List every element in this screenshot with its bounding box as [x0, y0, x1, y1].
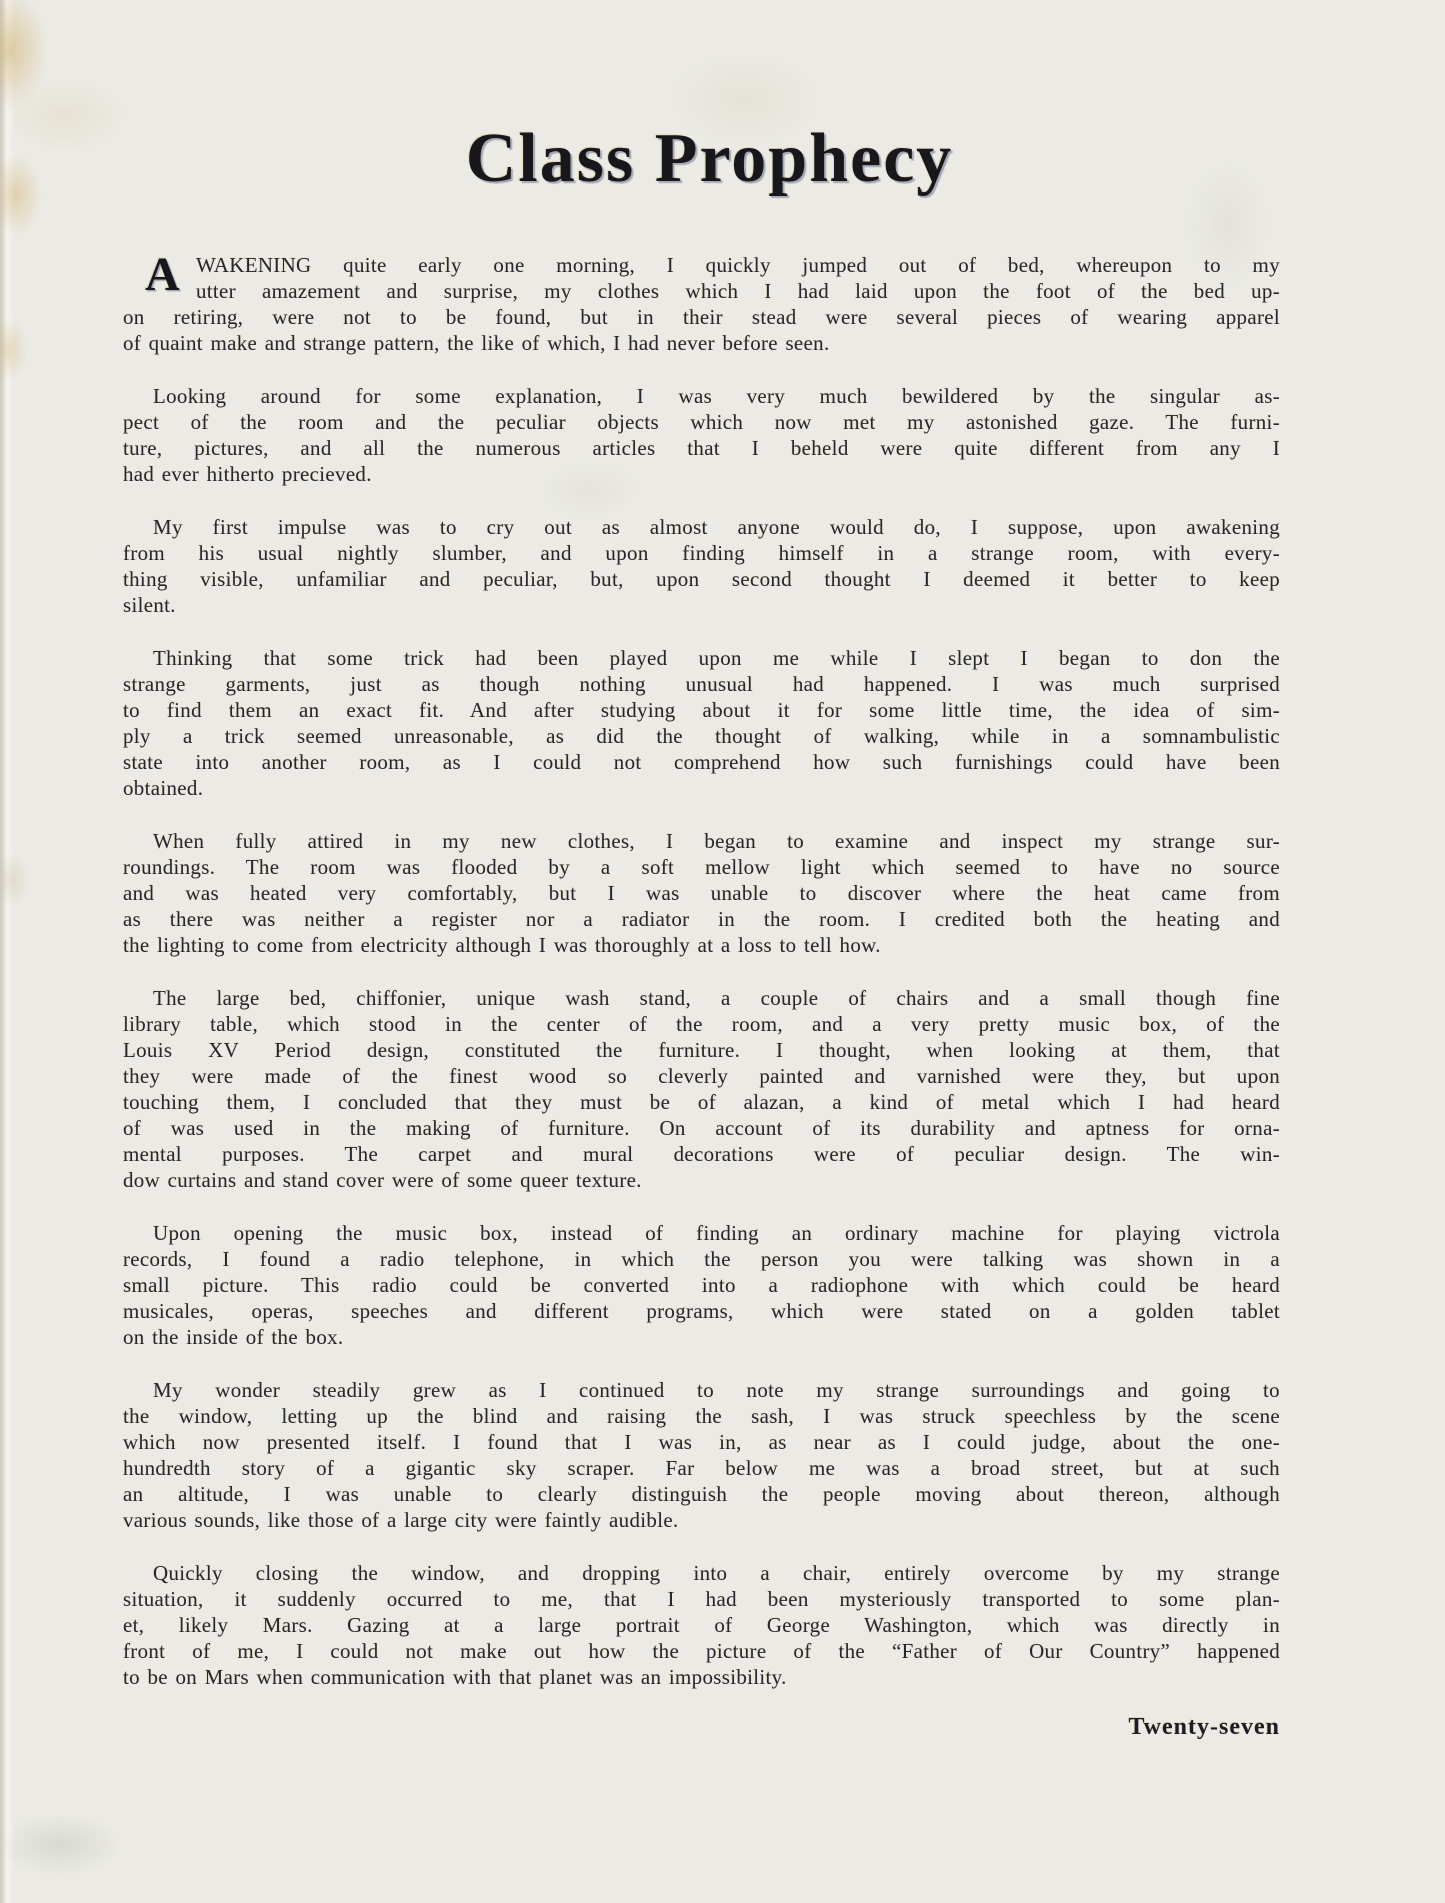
text-line: ply a trick seemed unreasonable, as did … [123, 723, 1280, 749]
paragraph: Looking around for some explanation, I w… [123, 383, 1280, 487]
body-text: A WAKENING quite early one morning, I qu… [123, 252, 1280, 1690]
text-line: the window, letting up the blind and rai… [123, 1403, 1280, 1429]
text-line: situation, it suddenly occurred to me, t… [123, 1586, 1280, 1612]
page-title: Class Prophecy [131, 122, 1288, 196]
text-line: et, likely Mars. Gazing at a large portr… [123, 1612, 1280, 1638]
text-line: roundings. The room was flooded by a sof… [123, 854, 1280, 880]
text-line: hundredth story of a gigantic sky scrape… [123, 1455, 1280, 1481]
text-line: Looking around for some explanation, I w… [123, 383, 1280, 409]
paragraph: Thinking that some trick had been played… [123, 645, 1280, 801]
text-line: records, I found a radio telephone, in w… [123, 1246, 1280, 1272]
text-line: Upon opening the music box, instead of f… [123, 1220, 1280, 1246]
paragraph: When fully attired in my new clothes, I … [123, 828, 1280, 958]
text-line: the lighting to come from electricity al… [123, 932, 1280, 958]
text-line: The large bed, chiffonier, unique wash s… [123, 985, 1280, 1011]
text-line: from his usual nightly slumber, and upon… [123, 540, 1280, 566]
text-line: of quaint make and strange pattern, the … [123, 330, 1280, 356]
text-line: front of me, I could not make out how th… [123, 1638, 1280, 1664]
text-line: of was used in the making of furniture. … [123, 1115, 1280, 1141]
drop-cap: A [123, 252, 196, 302]
text-line: When fully attired in my new clothes, I … [123, 828, 1280, 854]
paragraph: Quickly closing the window, and dropping… [123, 1560, 1280, 1690]
text-line: pect of the room and the peculiar object… [123, 409, 1280, 435]
text-line: utter amazement and surprise, my clothes… [123, 278, 1280, 304]
text-line: dow curtains and stand cover were of som… [123, 1167, 1280, 1193]
text-line: on the inside of the box. [123, 1324, 1280, 1350]
text-line: WAKENING quite early one morning, I quic… [123, 252, 1280, 278]
text-line: My first impulse was to cry out as almos… [123, 514, 1280, 540]
text-line: ture, pictures, and all the numerous art… [123, 435, 1280, 461]
text-line: obtained. [123, 775, 1280, 801]
text-line: had ever hitherto precieved. [123, 461, 1280, 487]
text-line: musicales, operas, speeches and differen… [123, 1298, 1280, 1324]
text-line: thing visible, unfamiliar and peculiar, … [123, 566, 1280, 592]
text-line: silent. [123, 592, 1280, 618]
text-line: as there was neither a register nor a ra… [123, 906, 1280, 932]
text-line: My wonder steadily grew as I continued t… [123, 1377, 1280, 1403]
paragraph: My first impulse was to cry out as almos… [123, 514, 1280, 618]
text-line: mental purposes. The carpet and mural de… [123, 1141, 1280, 1167]
text-line: Quickly closing the window, and dropping… [123, 1560, 1280, 1586]
page-number: Twenty-seven [1128, 1714, 1280, 1741]
text-line: various sounds, like those of a large ci… [123, 1507, 1280, 1533]
paragraph: The large bed, chiffonier, unique wash s… [123, 985, 1280, 1193]
paragraph: Upon opening the music box, instead of f… [123, 1220, 1280, 1350]
text-line: an altitude, I was unable to clearly dis… [123, 1481, 1280, 1507]
text-line: they were made of the finest wood so cle… [123, 1063, 1280, 1089]
text-line: on retiring, were not to be found, but i… [123, 304, 1280, 330]
text-line: to be on Mars when communication with th… [123, 1664, 1280, 1690]
text-line: state into another room, as I could not … [123, 749, 1280, 775]
text-line: Thinking that some trick had been played… [123, 645, 1280, 671]
text-line: strange garments, just as though nothing… [123, 671, 1280, 697]
text-line: small picture. This radio could be conve… [123, 1272, 1280, 1298]
text-line: Louis XV Period design, constituted the … [123, 1037, 1280, 1063]
scanned-page: Class Prophecy A WAKENING quite early on… [0, 0, 1445, 1903]
paragraph: My wonder steadily grew as I continued t… [123, 1377, 1280, 1533]
text-line: which now presented itself. I found that… [123, 1429, 1280, 1455]
text-line: to find them an exact fit. And after stu… [123, 697, 1280, 723]
text-line: library table, which stood in the center… [123, 1011, 1280, 1037]
text-line: and was heated very comfortably, but I w… [123, 880, 1280, 906]
text-line: touching them, I concluded that they mus… [123, 1089, 1280, 1115]
paragraph: A WAKENING quite early one morning, I qu… [123, 252, 1280, 356]
